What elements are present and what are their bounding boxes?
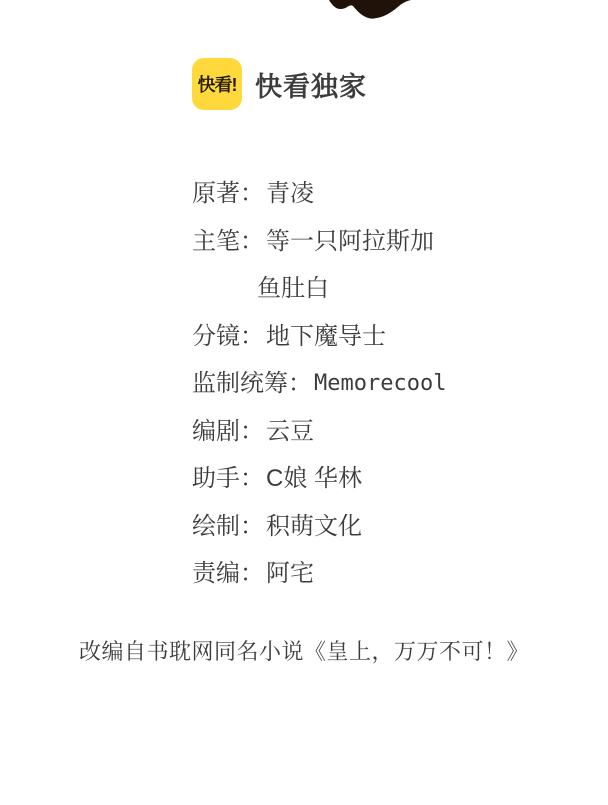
credit-value: C娘 华林 xyxy=(266,466,362,492)
credit-label: 助手： xyxy=(192,466,264,492)
credit-row-lead-artist: 主笔： 等一只阿拉斯加 xyxy=(192,229,446,255)
credit-value: 阿宅 xyxy=(266,561,314,587)
comic-credits-page: 快看! 快看独家 原著： 青凌 主笔： 等一只阿拉斯加 鱼肚白 分镜： 地下魔导… xyxy=(0,0,608,805)
credit-row-lead-artist-cont: 鱼肚白 xyxy=(192,276,446,302)
credit-label: 责编： xyxy=(192,561,264,587)
credit-value: 积萌文化 xyxy=(266,514,362,540)
credit-label: 绘制： xyxy=(192,514,264,540)
credit-value: 地下魔导士 xyxy=(266,324,386,350)
credit-label: 编剧： xyxy=(192,419,264,445)
credits-list: 原著： 青凌 主笔： 等一只阿拉斯加 鱼肚白 分镜： 地下魔导士 监制统筹： M… xyxy=(192,181,446,609)
hair-tip-decoration xyxy=(329,0,413,27)
kuaikan-logo-badge: 快看! xyxy=(192,58,242,110)
exclusive-header: 快看! 快看独家 xyxy=(192,58,367,110)
credit-value: 云豆 xyxy=(266,419,314,445)
credit-value: 鱼肚白 xyxy=(257,276,329,302)
kuaikan-logo-text: 快看! xyxy=(198,71,237,97)
credit-row-editor: 责编： 阿宅 xyxy=(192,561,446,587)
credit-row-screenwriter: 编剧： 云豆 xyxy=(192,419,446,445)
credit-row-storyboard: 分镜： 地下魔导士 xyxy=(192,324,446,350)
credit-row-drawing: 绘制： 积萌文化 xyxy=(192,514,446,540)
credit-label: 监制统筹： xyxy=(192,371,312,397)
credit-label: 主笔： xyxy=(192,229,264,255)
credit-label: 原著： xyxy=(192,181,264,207)
credit-row-assistant: 助手： C娘 华林 xyxy=(192,466,446,492)
credit-value: 青凌 xyxy=(266,181,314,207)
brand-exclusive-label: 快看独家 xyxy=(255,65,367,104)
credit-value: Memorecool xyxy=(314,371,446,397)
credit-value: 等一只阿拉斯加 xyxy=(266,229,434,255)
credit-row-original-author: 原著： 青凌 xyxy=(192,181,446,207)
hair-tip-shape xyxy=(329,0,411,19)
adaptation-note: 改编自书耽网同名小说《皇上，万万不可！》 xyxy=(0,635,608,666)
credit-label: 分镜： xyxy=(192,324,264,350)
credit-row-supervisor: 监制统筹： Memorecool xyxy=(192,371,446,397)
